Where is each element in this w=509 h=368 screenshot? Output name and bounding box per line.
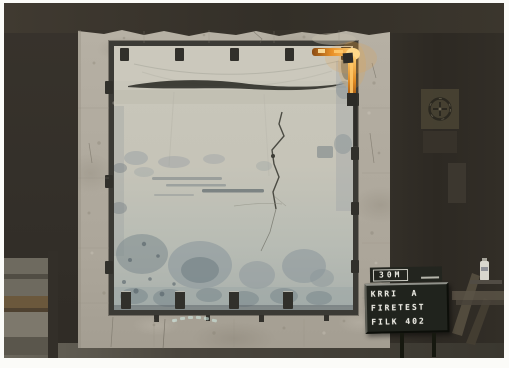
background-alcove [4,251,58,358]
flame-glow [312,41,377,146]
photo-canvas: 30M KRRI A FIRETEST FILK 402 [4,3,504,358]
chalk-marks [172,316,217,323]
test-info-sign: 30M KRRI A FIRETEST FILK 402 [362,265,462,358]
distance-label: 30M [373,268,409,281]
sign-line-1: KRRI A [371,286,443,302]
sign-line-3: FILK 402 [371,314,443,330]
distance-plaque: 30M [370,266,442,282]
scanned-photo-page: 30M KRRI A FIRETEST FILK 402 [0,0,509,368]
sign-line-2: FIRETEST [371,300,443,316]
concrete-speckles [78,30,386,348]
sign-board: KRRI A FIRETEST FILK 402 [364,282,449,334]
plaque-streak [421,276,439,278]
sign-leg-left [400,333,404,358]
white-bottle [470,258,502,284]
concrete-cracks [89,32,376,349]
cross-circle-marker-icon [421,89,459,153]
sign-leg-right [432,333,436,357]
